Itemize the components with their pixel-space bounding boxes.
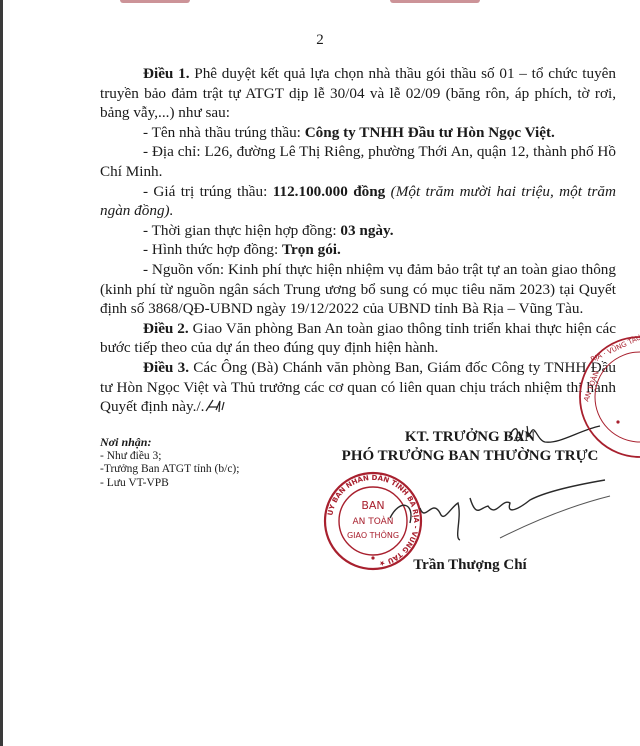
contract-type-value: Trọn gói. bbox=[282, 241, 341, 258]
value-line: - Giá trị trúng thầu: 112.100.000 đồng (… bbox=[100, 182, 616, 221]
initials-mark-icon bbox=[204, 398, 226, 414]
recipients-block: Nơi nhận: - Như điều 3; -Trưởng Ban ATGT… bbox=[100, 436, 239, 490]
duration-line: - Thời gian thực hiện hợp đồng: 03 ngày. bbox=[100, 221, 616, 241]
article-2: Điều 2. Giao Văn phòng Ban An toàn giao … bbox=[100, 319, 616, 358]
signer-name: Trần Thượng Chí bbox=[320, 557, 620, 574]
document-body: Điều 1. Phê duyệt kết quả lựa chọn nhà t… bbox=[100, 64, 616, 417]
page-number: 2 bbox=[0, 32, 640, 49]
contract-type-line: - Hình thức hợp đồng: Trọn gói. bbox=[100, 240, 616, 260]
scan-edge bbox=[0, 0, 3, 746]
value-label: - Giá trị trúng thầu: bbox=[143, 183, 273, 200]
svg-text:RỊA · VŨNG TÀU: RỊA · VŨNG TÀU bbox=[589, 332, 640, 363]
recipient-item: -Trưởng Ban ATGT tỉnh (b/c); bbox=[100, 463, 239, 477]
contractor-name: Công ty TNHH Đầu tư Hòn Ngọc Việt. bbox=[305, 124, 555, 141]
address-line: - Địa chỉ: L26, đường Lê Thị Riêng, phườ… bbox=[100, 142, 616, 181]
contractor-label: - Tên nhà thầu trúng thầu: bbox=[143, 124, 305, 141]
funding-line: - Nguồn vốn: Kinh phí thực hiện nhiệm vụ… bbox=[100, 260, 616, 319]
contract-type-label: - Hình thức hợp đồng: bbox=[143, 241, 282, 258]
article-3: Điều 3. Các Ông (Bà) Chánh văn phòng Ban… bbox=[100, 358, 616, 417]
duration-label: - Thời gian thực hiện hợp đồng: bbox=[143, 222, 340, 239]
article-1: Điều 1. Phê duyệt kết quả lựa chọn nhà t… bbox=[100, 64, 616, 123]
recipients-title: Nơi nhận: bbox=[100, 436, 239, 450]
article-3-heading: Điều 3. bbox=[143, 359, 189, 376]
recipient-item: - Lưu VT-VPB bbox=[100, 477, 239, 491]
contractor-line: - Tên nhà thầu trúng thầu: Công ty TNHH … bbox=[100, 123, 616, 143]
stamp-bleed bbox=[390, 0, 480, 3]
side-stamp-icon: RỊA · VŨNG TÀU AN TOÀN bbox=[570, 312, 640, 477]
recipient-item: - Như điều 3; bbox=[100, 450, 239, 464]
duration-value: 03 ngày. bbox=[340, 222, 393, 239]
article-1-heading: Điều 1. bbox=[143, 65, 190, 82]
stamp-bleed bbox=[120, 0, 190, 3]
signature-icon bbox=[380, 478, 620, 548]
value-amount: 112.100.000 đồng bbox=[273, 183, 386, 200]
article-2-heading: Điều 2. bbox=[143, 320, 189, 337]
